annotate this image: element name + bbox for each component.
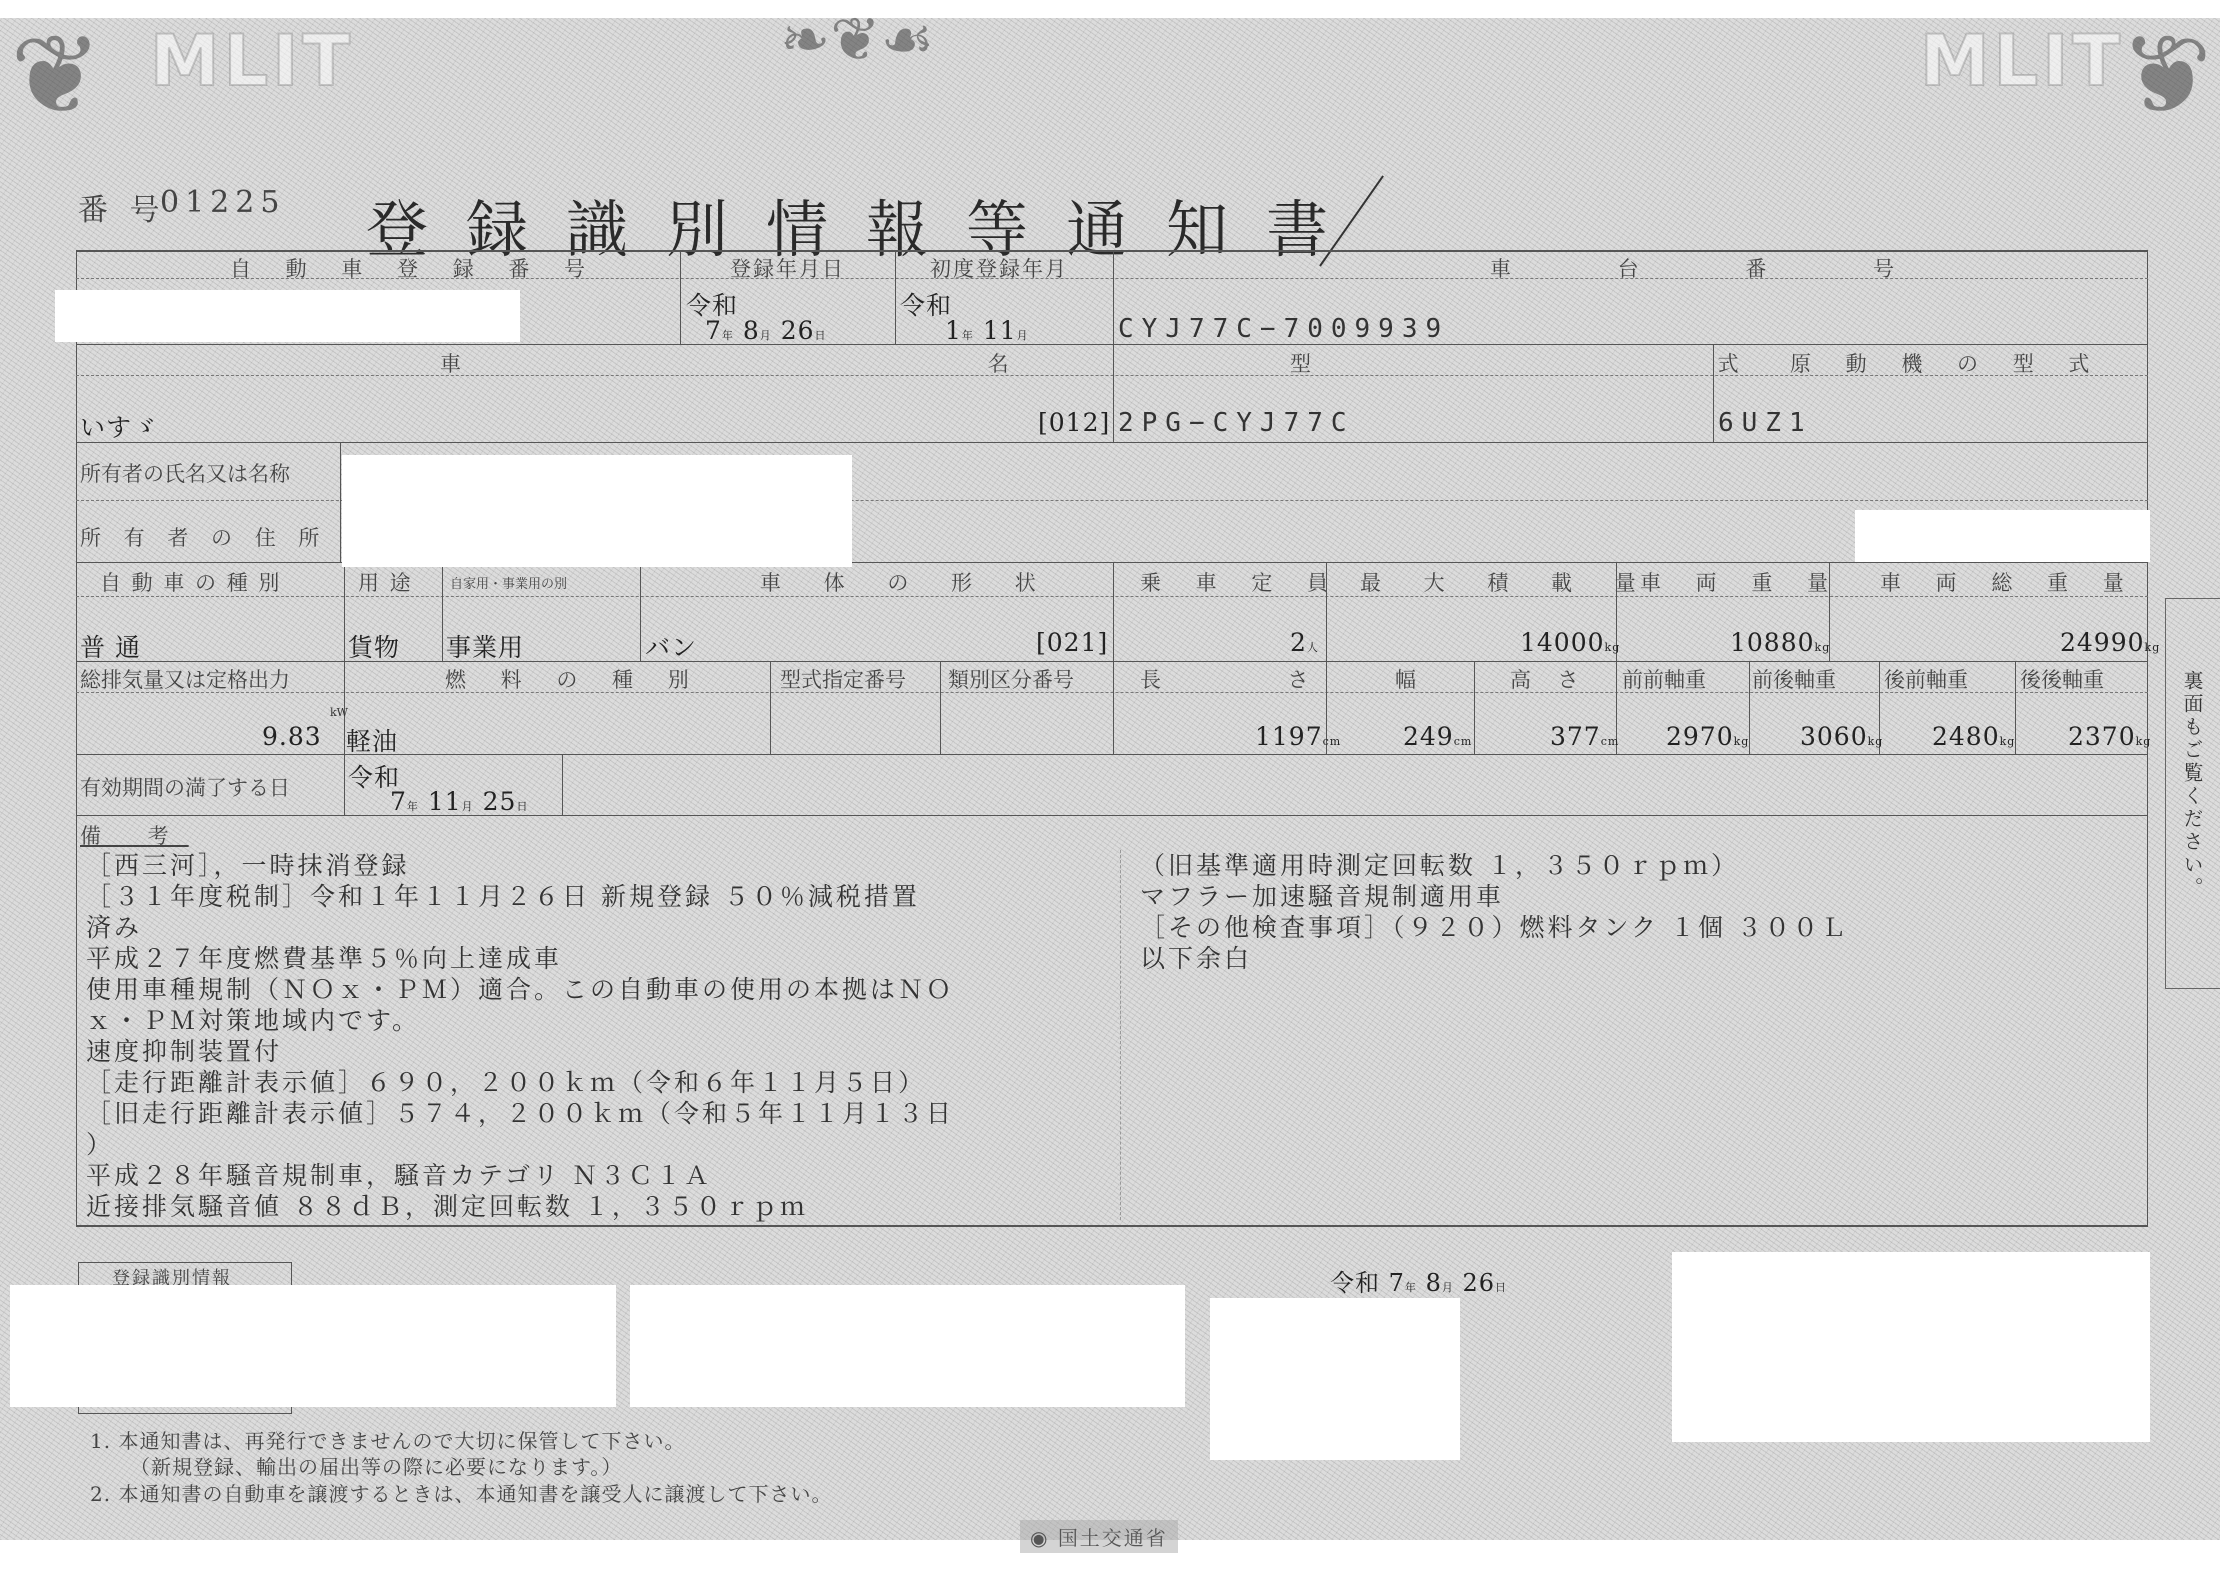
notice-1: 1. 本通知書は、再発行できませんので大切に保管して下さい。 bbox=[90, 1425, 685, 1454]
body-shape-value: バン bbox=[645, 628, 697, 664]
remark-line: 使用車種規制（ＮＯｘ・ＰＭ）適合。この自動車の使用の本拠はＮＯ bbox=[86, 970, 954, 1001]
day-unit: 日 bbox=[815, 329, 827, 342]
col-line bbox=[340, 442, 341, 562]
chassis-number: CYJ77C−7009939 bbox=[1118, 314, 1449, 344]
fr-axle-unit: kg bbox=[1868, 735, 1884, 748]
remarks-left: ［西三河］，一時抹消登録［３１年度税制］令和１年１１月２６日 新規登録 ５０％減… bbox=[86, 846, 954, 1218]
max-load-label: 最 大 積 載 量 bbox=[1360, 567, 1654, 597]
registration-date-label: 登録年月日 bbox=[730, 253, 845, 283]
remark-line: 速度抑制装置付 bbox=[86, 1032, 954, 1063]
month-unit: 月 bbox=[760, 329, 772, 342]
height-unit: cm bbox=[1601, 735, 1620, 748]
redacted-box bbox=[1855, 510, 2150, 562]
redacted-identification-2 bbox=[630, 1285, 1185, 1407]
rf-axle-number: 2480 bbox=[1932, 722, 2000, 751]
length-value: 1197cm bbox=[1255, 722, 1341, 751]
serial-label: 番 号 bbox=[78, 185, 166, 229]
remark-line: 済み bbox=[86, 908, 954, 939]
length-number: 1197 bbox=[1255, 722, 1323, 751]
vehicle-weight-number: 10880 bbox=[1730, 628, 1815, 657]
remark-line: （旧基準適用時測定回転数 １，３５０ｒｐｍ） bbox=[1140, 846, 1849, 877]
emblem-icon: ◉ bbox=[1030, 1526, 1049, 1550]
car-name-code: [012] bbox=[1038, 408, 1110, 437]
day-unit: 日 bbox=[1495, 1281, 1507, 1294]
width-unit: cm bbox=[1454, 735, 1473, 748]
col-line bbox=[442, 562, 443, 661]
table-border-left bbox=[76, 250, 77, 1225]
year: 7 bbox=[705, 316, 722, 345]
redacted-identification bbox=[10, 1285, 616, 1407]
side-note-border bbox=[2165, 598, 2166, 988]
category-number-label: 類別区分番号 bbox=[948, 664, 1074, 694]
gross-weight-unit: kg bbox=[2145, 641, 2161, 654]
col-line bbox=[895, 250, 896, 344]
row-line bbox=[76, 442, 2148, 443]
table-border-bottom bbox=[76, 1225, 2148, 1227]
remarks-right: （旧基準適用時測定回転数 １，３５０ｒｐｍ）マフラー加速騒音規制適用車［その他検… bbox=[1140, 846, 1849, 970]
side-note-border bbox=[2165, 988, 2220, 989]
year-unit: 年 bbox=[722, 329, 734, 342]
remark-line: ｘ・ＰＭ対策地域内です。 bbox=[86, 1001, 954, 1032]
row-line bbox=[76, 815, 2148, 816]
expiry-date: 7年 11月 25日 bbox=[390, 787, 528, 816]
col-line bbox=[1474, 661, 1475, 754]
remark-line: 平成２８年騒音規制車，騒音カテゴリ Ｎ３Ｃ１Ａ bbox=[86, 1156, 954, 1187]
height-number: 377 bbox=[1550, 722, 1601, 751]
width-value: 249cm bbox=[1403, 722, 1472, 751]
vehicle-weight-label: 車 両 重 量 bbox=[1640, 567, 1842, 597]
max-load-number: 14000 bbox=[1520, 628, 1605, 657]
usage-label: 用 途 bbox=[358, 567, 413, 597]
col-line bbox=[562, 754, 563, 815]
private-business-value: 事業用 bbox=[446, 628, 524, 664]
rr-axle-unit: kg bbox=[2136, 735, 2152, 748]
corner-ornament-icon: ❦ bbox=[10, 20, 102, 130]
capacity-number: 2 bbox=[1290, 628, 1307, 657]
remark-line: 平成２７年度燃費基準５％向上達成車 bbox=[86, 939, 954, 970]
top-ornament-icon: ❧❦☙ bbox=[780, 10, 934, 70]
side-note-border bbox=[2165, 598, 2220, 599]
redacted-owner-info bbox=[342, 455, 852, 567]
issue-date: 令和 7年 8月 26日 bbox=[1330, 1263, 1507, 1298]
first-registration-label: 初度登録年月 bbox=[930, 253, 1068, 283]
serial-number: 01225 bbox=[160, 185, 285, 220]
rr-axle-value: 2370kg bbox=[2068, 722, 2151, 751]
remark-line: ［西三河］，一時抹消登録 bbox=[86, 846, 954, 877]
remark-line: ［走行距離計表示値］６９０，２００ｋｍ（令和６年１１月５日） bbox=[86, 1063, 954, 1094]
owner-address-label: 所 有 者 の 住 所 bbox=[80, 522, 327, 552]
col-line bbox=[940, 661, 941, 754]
rr-axle-label: 後後軸重 bbox=[2020, 664, 2104, 694]
height-value: 377cm bbox=[1550, 722, 1619, 751]
car-name-label: 車 名 bbox=[440, 348, 1269, 378]
remark-line: ［３１年度税制］令和１年１１月２６日 新規登録 ５０％減税措置 bbox=[86, 877, 954, 908]
ff-axle-value: 2970kg bbox=[1666, 722, 1749, 751]
fr-axle-label: 前後軸重 bbox=[1752, 664, 1836, 694]
car-name: いすゞ bbox=[80, 408, 158, 444]
mlit-watermark: MLIT bbox=[150, 20, 354, 102]
rf-axle-label: 後前軸重 bbox=[1884, 664, 1968, 694]
width-number: 249 bbox=[1403, 722, 1454, 751]
remark-line: ） bbox=[86, 1125, 954, 1156]
col-line bbox=[344, 661, 345, 815]
redacted-issuer-seal bbox=[1672, 1252, 2150, 1442]
emblem-text: 国土交通省 bbox=[1058, 1526, 1168, 1550]
capacity-unit: 人 bbox=[1307, 641, 1319, 654]
remark-line: 近接排気騒音値 ８８ｄＢ，測定回転数 １，３５０ｒｐｍ bbox=[86, 1187, 954, 1218]
displacement-label: 総排気量又は定格出力 bbox=[80, 664, 290, 694]
width-label: 幅 bbox=[1395, 664, 1418, 694]
year-unit: 年 bbox=[1405, 1281, 1417, 1294]
mlit-emblem: ◉ 国土交通省 bbox=[1020, 1520, 1178, 1553]
col-line bbox=[770, 661, 771, 754]
redacted-stamp-area bbox=[1210, 1298, 1460, 1460]
max-load-unit: kg bbox=[1605, 641, 1621, 654]
month: 8 bbox=[743, 316, 760, 345]
remark-line: ［旧走行距離計表示値］５７４，２００ｋｍ（令和５年１１月１３日 bbox=[86, 1094, 954, 1125]
col-line bbox=[344, 562, 345, 661]
ff-axle-unit: kg bbox=[1734, 735, 1750, 748]
vehicle-weight-unit: kg bbox=[1815, 641, 1831, 654]
vehicle-weight-value: 10880kg bbox=[1730, 628, 1830, 657]
body-shape-label: 車 体 の 形 状 bbox=[760, 567, 1054, 597]
col-line bbox=[1113, 562, 1114, 754]
fr-axle-value: 3060kg bbox=[1800, 722, 1883, 751]
remarks-divider bbox=[1120, 850, 1121, 1220]
registration-date: 7年 8月 26日 bbox=[705, 316, 827, 345]
gross-weight-value: 24990kg bbox=[2060, 628, 2160, 657]
private-business-label: 自家用・事業用の別 bbox=[450, 573, 567, 592]
year-unit: 年 bbox=[407, 800, 419, 813]
month-unit: 月 bbox=[1442, 1281, 1454, 1294]
day: 25 bbox=[483, 787, 517, 816]
notice-1-sub: （新規登録、輸出の届出等の際に必要になります。） bbox=[130, 1451, 622, 1480]
rf-axle-value: 2480kg bbox=[1932, 722, 2015, 751]
capacity-value: 2人 bbox=[1290, 628, 1319, 657]
col-line bbox=[680, 250, 681, 344]
day: 26 bbox=[781, 316, 815, 345]
registration-number-label: 自 動 車 登 録 番 号 bbox=[230, 253, 599, 283]
month: 8 bbox=[1426, 1269, 1442, 1297]
first-registration-date: 1年 11月 bbox=[945, 316, 1029, 345]
chassis-number-label: 車 台 番 号 bbox=[1490, 253, 1944, 283]
vehicle-class-value: 普 通 bbox=[80, 628, 141, 664]
era: 令和 bbox=[1330, 1269, 1380, 1297]
length-unit: cm bbox=[1323, 735, 1342, 748]
displacement-unit: kW bbox=[330, 706, 348, 719]
vehicle-class-label: 自 動 車 の 種 別 bbox=[100, 567, 281, 597]
ff-axle-number: 2970 bbox=[1666, 722, 1734, 751]
year: 7 bbox=[1389, 1269, 1405, 1297]
max-load-value: 14000kg bbox=[1520, 628, 1620, 657]
engine-model-label: 原 動 機 の 型 式 bbox=[1790, 348, 2103, 378]
year: 1 bbox=[945, 316, 962, 345]
capacity-label: 乗 車 定 員 bbox=[1140, 567, 1342, 597]
month: 11 bbox=[983, 316, 1017, 345]
year-unit: 年 bbox=[962, 329, 974, 342]
remark-line: ［その他検査事項］（９２０）燃料タンク １個 ３００Ｌ bbox=[1140, 908, 1849, 939]
fuel-type-label: 燃 料 の 種 別 bbox=[445, 664, 703, 694]
rr-axle-number: 2370 bbox=[2068, 722, 2136, 751]
body-shape-code: [021] bbox=[1036, 628, 1108, 657]
see-reverse-note: 裏面もご覧ください。 bbox=[2178, 670, 2207, 900]
month-unit: 月 bbox=[1017, 329, 1029, 342]
scan-margin-top bbox=[0, 0, 2220, 18]
day-unit: 日 bbox=[516, 800, 528, 813]
rf-axle-unit: kg bbox=[2000, 735, 2016, 748]
col-line bbox=[640, 562, 641, 661]
col-line bbox=[1113, 250, 1114, 442]
expiry-label: 有効期間の満了する日 bbox=[80, 772, 290, 802]
usage-value: 貨物 bbox=[348, 628, 400, 664]
day: 26 bbox=[1462, 1269, 1495, 1297]
gross-weight-label: 車 両 総 重 量 bbox=[1880, 567, 2138, 597]
fuel-type-value: 軽油 bbox=[346, 722, 398, 758]
length-label: 長 さ bbox=[1140, 664, 1369, 694]
month: 11 bbox=[428, 787, 462, 816]
month-unit: 月 bbox=[462, 800, 474, 813]
row-line bbox=[76, 692, 2148, 693]
height-label: 高 さ bbox=[1510, 664, 1589, 694]
remark-line: 以下余白 bbox=[1140, 939, 1849, 970]
year: 7 bbox=[390, 787, 407, 816]
model-value: 2PG−CYJ77C bbox=[1118, 408, 1355, 438]
ff-axle-label: 前前軸重 bbox=[1622, 664, 1706, 694]
remark-line: マフラー加速騒音規制適用車 bbox=[1140, 877, 1849, 908]
gross-weight-number: 24990 bbox=[2060, 628, 2145, 657]
notice-2: 2. 本通知書の自動車を譲渡するときは、本通知書を譲受人に譲渡して下さい。 bbox=[90, 1478, 832, 1507]
row-line bbox=[76, 344, 2148, 345]
fr-axle-number: 3060 bbox=[1800, 722, 1868, 751]
owner-name-label: 所有者の氏名又は名称 bbox=[80, 458, 290, 488]
mlit-watermark: MLIT bbox=[1920, 20, 2124, 102]
redacted-registration-number bbox=[55, 290, 520, 342]
displacement-value: 9.83 bbox=[262, 722, 322, 751]
corner-ornament-icon: ❦ bbox=[2120, 20, 2212, 130]
engine-model-value: 6UZ1 bbox=[1718, 408, 1813, 438]
type-designation-label: 型式指定番号 bbox=[780, 664, 906, 694]
table-border-top bbox=[76, 250, 2148, 252]
